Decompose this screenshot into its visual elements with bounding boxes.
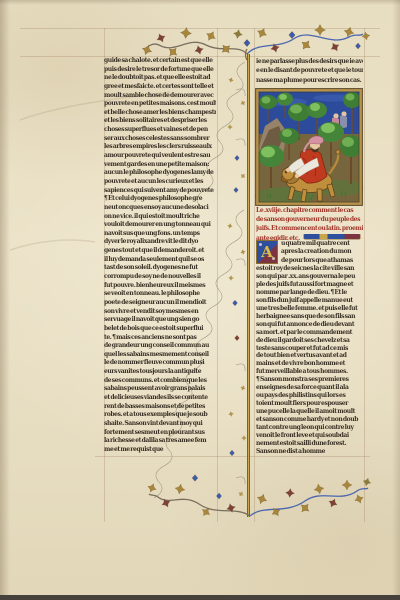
text-line: sa mort. et par le commandement (256, 329, 363, 337)
text-line: eurs vanites tousjours la antiquite (104, 368, 216, 377)
text-line: sabains peussent avoir grans palais (104, 385, 216, 394)
text-line: belet de bois que ce estoit superflui (104, 325, 216, 334)
text-line: une pucelle la quelle il amoit moult (256, 408, 363, 416)
text-line: et belle chose amer les biens champestre… (104, 109, 216, 118)
top-vine-leaves (141, 25, 371, 60)
text-line: il luy demanda seulement quil se os (104, 256, 216, 265)
text-line: se veoit en tonneau. le philosophe (104, 290, 216, 299)
text-line: de sanson gouverneur du peuple des (256, 215, 363, 224)
text-line: nasse ma plume pour escrire son cas. (256, 76, 363, 85)
text-line: le de nommer fleuve commun plusi (104, 359, 216, 368)
text-line: ne le doubtoit pas. et que elle estoit a… (104, 74, 216, 83)
text-line: choses superflues et vaines et de pen (104, 126, 216, 135)
text-line: sapiences qui suivent amy de pouvrete (104, 187, 216, 196)
text-line: ple des juifs fut aussi fort magne et (256, 281, 363, 289)
text-line: me et me requist que (104, 446, 216, 455)
text-line: mains et de vivre bon homme et (256, 360, 363, 368)
text-line: tast de son soleil. dyogenes ne fut (104, 264, 216, 273)
right-text-column-body: estoit roy de seicnes la cite ville sans… (256, 265, 363, 456)
bottom-vine-stem (149, 488, 368, 516)
text-line: gree et mesfaicte. et certes sont telle … (104, 83, 216, 92)
text-line: on ne vice. il qui estoit moult riche (104, 213, 216, 222)
text-line: te. ¶ mais ces anciens ne sont pas (104, 334, 216, 343)
text-line: neut oncques ensoy aucune desolaci (104, 204, 216, 213)
text-line: et sanson comme hardy et non doub (256, 416, 363, 424)
text-line: nomme par lange de dieu. ¶ Et le (256, 289, 363, 297)
text-line: ie ne parlasse plus des desirs que ie av… (256, 57, 363, 66)
miniature-samson-and-lion (255, 88, 363, 206)
text-line: vement gardes en une petite maison: (104, 161, 216, 170)
text-line: et les biens solitaires et despriser les (104, 117, 216, 126)
text-line: ou pays des philistins qui lors es (256, 392, 363, 400)
text-line: les arbres empires les clers ruisseaulx (104, 143, 216, 152)
text-line: e en le disant de pouvrete et que ie tou… (256, 66, 363, 75)
right-text-column-indent: u quatre mil quatre centapres la creatio… (281, 240, 363, 265)
text-line: et delicieuses viandes ils se contente (104, 394, 216, 403)
text-line: poete de seigneur aucun il mendioit (104, 299, 216, 308)
text-line: navoit sus que ung fons. un temps (104, 230, 216, 239)
text-line: Sanson ne dist a homme (256, 448, 363, 456)
photo-bottom-edge (0, 595, 400, 600)
text-line: ¶ Et celui dyogenes philosophe gre (104, 195, 216, 204)
text-line: enseignes de sa force quant il ala (256, 384, 363, 392)
text-line: de pour lors que athamas (281, 257, 363, 265)
text-line: dyver le roy alixandre vit le dit dyo (104, 238, 216, 247)
manuscript-page: guide sa chalote. et certain est que ell… (0, 0, 400, 600)
text-line: pouvrete en petites maisons. cest moult (104, 100, 216, 109)
chapter-rubric: Le .xviije. chapitre comment le casde sa… (256, 206, 363, 243)
text-line: tant contre ung leon qui contre luy (256, 424, 363, 432)
text-line: moult samble chose de demourer avec (104, 92, 216, 101)
text-line: la richesse et dalila sa tres amee fem (104, 437, 216, 446)
text-line: shaite. Sanson vint devant moy qui (104, 420, 216, 429)
text-line: ser aux choses celestes sans sombrer (104, 135, 216, 144)
right-text-column-top: ie ne parlasse plus des desirs que ie av… (256, 57, 363, 85)
text-line: amour pouvrete qui veulent estre sau (104, 152, 216, 161)
text-line: servuage il navoit que ung sien go (104, 316, 216, 325)
text-line: toient moult fiers pour espouser (256, 400, 363, 408)
text-line: teste sans couper et fut ad ce mis (256, 345, 363, 353)
illuminated-initial: A (256, 240, 278, 264)
text-line: de grandeur ung conseil commun au (104, 342, 216, 351)
text-line: quel les sabains mesmement conseil (104, 351, 216, 360)
text-line: de dieu il gardoit ses chevelz et sa (256, 337, 363, 345)
text-line: de tout bien et vertus avant et ad (256, 352, 363, 360)
text-line: son qui fut annonce de dieu devant (256, 321, 363, 329)
text-line: apres la creation du mon (281, 248, 363, 256)
text-line: vouloit demourer en ung tonneau qui (104, 221, 216, 230)
text-line: robes. et a tous exemples que je soub (104, 411, 216, 420)
text-line: son vivre et vendit soy mesmes en (104, 308, 216, 317)
text-line: ¶ Sanson monstra ses premieres (256, 376, 363, 384)
text-line: puis desire le tresor de fortune que ell… (104, 66, 216, 75)
text-line: rent de basses maisons et de petites (104, 403, 216, 412)
text-line: son qui par .xx. ans gouverna le peu (256, 273, 363, 281)
text-line: u quatre mil quatre cent (281, 240, 363, 248)
text-line: pouvrete et aucun les curieux et les (104, 178, 216, 187)
text-line: nement estoit sailli dune forest. (256, 440, 363, 448)
text-line: fut merveillable a tous hommes. (256, 368, 363, 376)
text-line: Le .xviije. chapitre comment le cas (256, 206, 363, 215)
text-line: une tres belle femme. et puis elle fut (256, 305, 363, 313)
text-line: estoit roy de seicnes la cite ville san (256, 265, 363, 273)
text-line: corrompu de soy ne de nouvelles il (104, 273, 216, 282)
text-line: guide sa chalote. et certain est que ell… (104, 57, 216, 66)
text-line: son fils dun juif appelle manue eut (256, 297, 363, 305)
text-line: fortement sesmeut en plourant sus (104, 429, 216, 438)
text-line: genes tout et que il demanderoit. et (104, 247, 216, 256)
text-line: herbaignee sans que de son fils san (256, 313, 363, 321)
left-text-column: guide sa chalote. et certain est que ell… (104, 57, 217, 454)
text-line: de ses communs. et combien que les (104, 377, 216, 386)
text-line: venoit le front leve et qui soubdai (256, 432, 363, 440)
text-line: juifs. Et commencent ou latin. proemi (256, 224, 363, 233)
text-line: fut pouvre. bienheureux il meismes (104, 282, 216, 291)
text-line: aucun le philosophe dyogenes lamy de (104, 169, 216, 178)
